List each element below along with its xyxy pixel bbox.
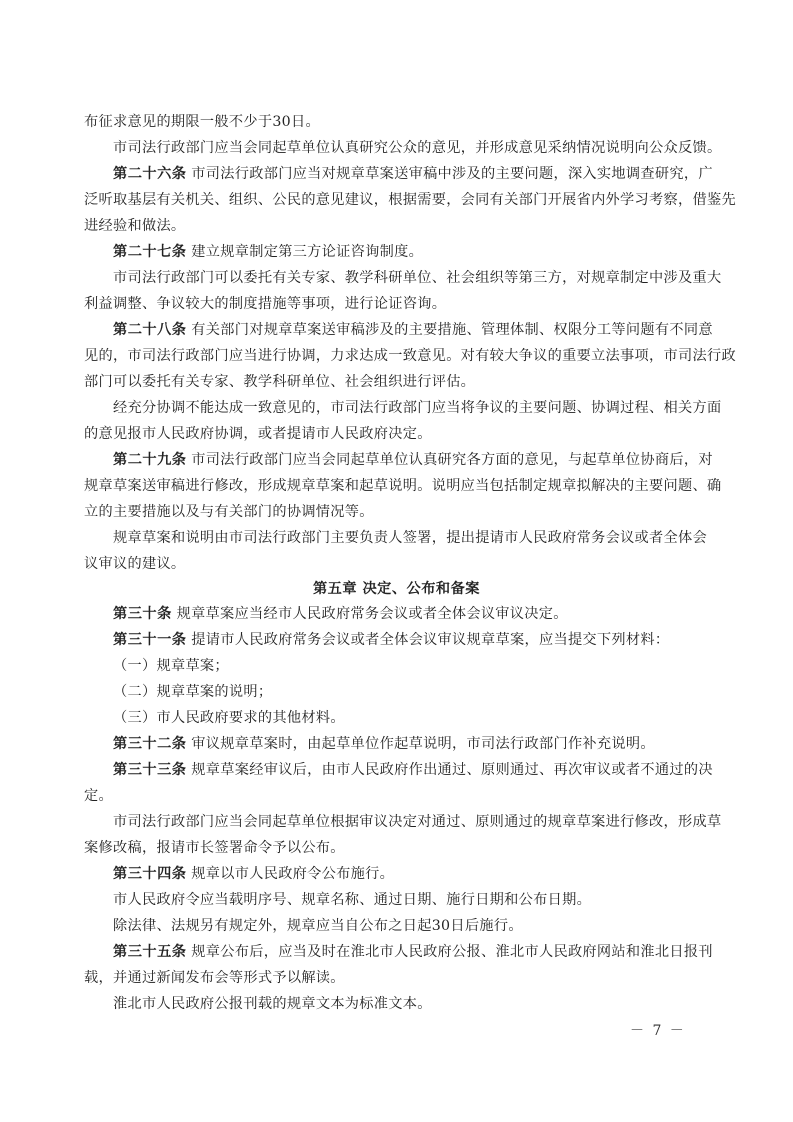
paragraph-line: 规章草案和说明由市司法行政部门主要负责人签署，提出提请市人民政府常务会议或者全体… [113,529,713,547]
article-number: 第三十四条 [113,866,186,882]
line-text: 市司法行政部门应当对规章草案送审稿中涉及的主要问题，深入实地调查研究，广 [191,166,713,182]
line-text: 进经验和做法。 [84,218,185,234]
paragraph-line: 立的主要措施以及与有关部门的协调情况等。 [84,503,712,521]
paragraph-line: 淮北市人民政府公报刊载的规章文本为标准文本。 [113,995,713,1013]
paragraph-line: 市司法行政部门应当会同起草单位根据审议决定对通过、原则通过的规章草案进行修改，形… [113,813,713,831]
line-text: 部门可以委托有关专家、教学科研单位、社会组织进行评估。 [84,374,475,390]
article-29: 第二十九条 市司法行政部门应当会同起草单位认真研究各方面的意见，与起草单位协商后… [113,451,713,469]
article-30: 第三十条 规章草案应当经市人民政府常务会议或者全体会议审议决定。 [113,605,713,623]
paragraph-line: 定。 [84,787,712,805]
list-item: （一）规章草案； [113,657,713,675]
line-text: 提请市人民政府常务会议或者全体会议审议规章草案，应当提交下列材料： [191,632,669,648]
line-text: 规章草案送审稿进行修改，形成规章草案和起草说明。说明应当包括制定规章拟解决的主要… [84,478,721,494]
article-number: 第二十六条 [113,166,186,182]
list-item: （三）市人民政府要求的其他材料。 [113,709,713,727]
paragraph-line: 规章草案送审稿进行修改，形成规章草案和起草说明。说明应当包括制定规章拟解决的主要… [84,477,712,495]
line-text: 除法律、法规另有规定外，规章应当自公布之日起30日后施行。 [113,918,523,934]
article-35: 第三十五条 规章公布后，应当及时在淮北市人民政府公报、淮北市人民政府网站和淮北日… [113,943,713,961]
article-number: 第二十七条 [113,244,186,260]
line-text: 审议规章草案时，由起草单位作起草说明，市司法行政部门作补充说明。 [191,736,655,752]
line-text: 市司法行政部门可以委托有关专家、教学科研单位、社会组织等第三方，对规章制定中涉及… [113,270,721,286]
line-text: 规章草案应当经市人民政府常务会议或者全体会议审议决定。 [177,606,568,622]
paragraph-line: 的意见报市人民政府协调，或者提请市人民政府决定。 [84,425,712,443]
article-31: 第三十一条 提请市人民政府常务会议或者全体会议审议规章草案，应当提交下列材料： [113,631,713,649]
paragraph-line: 案修改稿，报请市长签署命令予以公布。 [84,839,712,857]
line-text: 市司法行政部门应当会同起草单位认真研究公众的意见，并形成意见采纳情况说明向公众反… [113,140,721,156]
paragraph-line: 市人民政府令应当载明序号、规章名称、通过日期、施行日期和公布日期。 [113,891,713,909]
article-number: 第三十条 [113,606,172,622]
document-page: 布征求意见的期限一般不少于30日。 市司法行政部门应当会同起草单位认真研究公众的… [0,0,793,1122]
line-text: 泛听取基层有关机关、组织、公民的意见建议，根据需要，会同有关部门开展省内外学习考… [84,192,736,208]
line-text: 案修改稿，报请市长签署命令予以公布。 [84,840,345,856]
line-text: 有关部门对规章草案送审稿涉及的主要措施、管理体制、权限分工等问题有不同意 [191,322,713,338]
line-text: 立的主要措施以及与有关部门的协调情况等。 [84,504,374,520]
line-text: 规章草案经审议后，由市人民政府作出通过、原则通过、再次审议或者不通过的决 [191,762,713,778]
article-number: 第三十二条 [113,736,186,752]
line-text: 规章以市人民政府令公布施行。 [191,866,394,882]
article-34: 第三十四条 规章以市人民政府令公布施行。 [113,865,713,883]
line-text: 见的，市司法行政部门应当进行协调，力求达成一致意见。对有较大争议的重要立法事项，… [84,348,736,364]
article-26: 第二十六条 市司法行政部门应当对规章草案送审稿中涉及的主要问题，深入实地调查研究… [113,165,713,183]
page-number: － 7 － [630,1020,686,1040]
article-number: 第二十九条 [113,452,186,468]
article-33: 第三十三条 规章草案经审议后，由市人民政府作出通过、原则通过、再次审议或者不通过… [113,761,713,779]
paragraph-line: 进经验和做法。 [84,217,712,235]
article-number: 第三十三条 [113,762,186,778]
paragraph-line: 利益调整、争议较大的制度措施等事项，进行论证咨询。 [84,295,712,313]
line-text: 淮北市人民政府公报刊载的规章文本为标准文本。 [113,996,432,1012]
line-text: 经充分协调不能达成一致意见的，市司法行政部门应当将争议的主要问题、协调过程、相关… [113,400,721,416]
line-text: 市人民政府令应当载明序号、规章名称、通过日期、施行日期和公布日期。 [113,892,591,908]
line-text: （二）规章草案的说明； [113,684,272,700]
article-32: 第三十二条 审议规章草案时，由起草单位作起草说明，市司法行政部门作补充说明。 [113,735,713,753]
line-text: 建立规章制定第三方论证咨询制度。 [191,244,423,260]
paragraph-line: 见的，市司法行政部门应当进行协调，力求达成一致意见。对有较大争议的重要立法事项，… [84,347,712,365]
paragraph-line: 市司法行政部门应当会同起草单位认真研究公众的意见，并形成意见采纳情况说明向公众反… [113,139,713,157]
paragraph-line: 布征求意见的期限一般不少于30日。 [84,113,712,131]
paragraph-line: 除法律、法规另有规定外，规章应当自公布之日起30日后施行。 [113,917,713,935]
line-text: 市司法行政部门应当会同起草单位根据审议决定对通过、原则通过的规章草案进行修改，形… [113,814,721,830]
line-text: 市司法行政部门应当会同起草单位认真研究各方面的意见，与起草单位协商后，对 [191,452,713,468]
article-number: 第三十五条 [113,944,186,960]
paragraph-line: 经充分协调不能达成一致意见的，市司法行政部门应当将争议的主要问题、协调过程、相关… [113,399,713,417]
line-text: 议审议的建议。 [84,556,185,572]
line-text: 布征求意见的期限一般不少于30日。 [84,114,320,130]
line-text: 的意见报市人民政府协调，或者提请市人民政府决定。 [84,426,432,442]
paragraph-line: 市司法行政部门可以委托有关专家、教学科研单位、社会组织等第三方，对规章制定中涉及… [113,269,713,287]
line-text: 规章草案和说明由市司法行政部门主要负责人签署，提出提请市人民政府常务会议或者全体… [113,530,707,546]
line-text: （三）市人民政府要求的其他材料。 [113,710,345,726]
paragraph-line: 载，并通过新闻发布会等形式予以解读。 [84,969,712,987]
article-27: 第二十七条 建立规章制定第三方论证咨询制度。 [113,243,713,261]
paragraph-line: 部门可以委托有关专家、教学科研单位、社会组织进行评估。 [84,373,712,391]
line-text: 定。 [84,788,113,804]
paragraph-line: 泛听取基层有关机关、组织、公民的意见建议，根据需要，会同有关部门开展省内外学习考… [84,191,712,209]
line-text: 载，并通过新闻发布会等形式予以解读。 [84,970,345,986]
paragraph-line: 议审议的建议。 [84,555,712,573]
article-number: 第二十八条 [113,322,186,338]
chapter-heading: 第五章 决定、公布和备案 [0,580,793,598]
line-text: （一）规章草案； [113,658,229,674]
line-text: 利益调整、争议较大的制度措施等事项，进行论证咨询。 [84,296,446,312]
line-text: 规章公布后，应当及时在淮北市人民政府公报、淮北市人民政府网站和淮北日报刊 [191,944,713,960]
article-28: 第二十八条 有关部门对规章草案送审稿涉及的主要措施、管理体制、权限分工等问题有不… [113,321,713,339]
list-item: （二）规章草案的说明； [113,683,713,701]
article-number: 第三十一条 [113,632,186,648]
